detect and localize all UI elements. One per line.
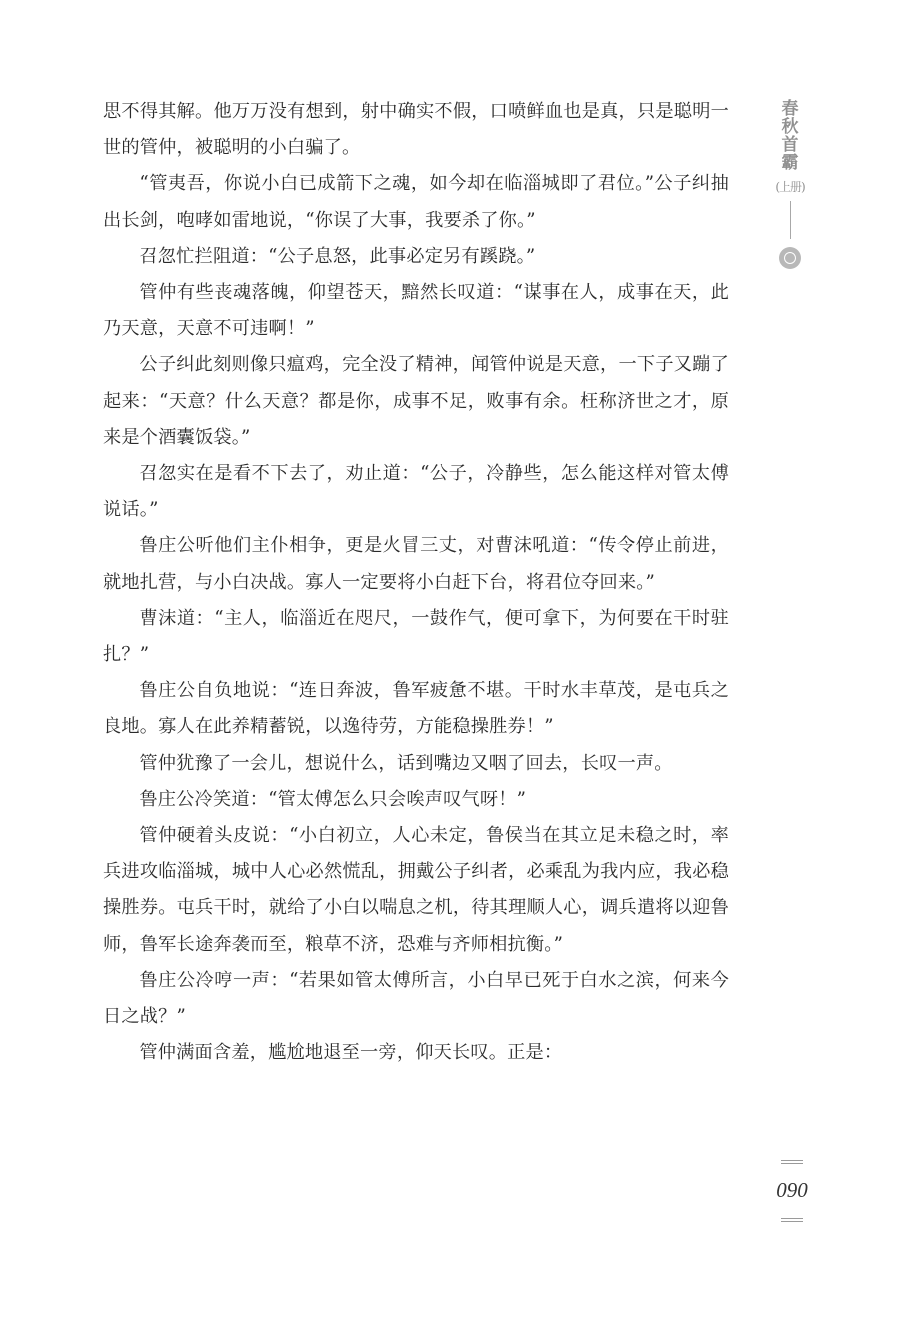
paragraph: 管仲犹豫了一会儿，想说什么，话到嘴边又咽了回去，长叹一声。 [103, 746, 729, 782]
paragraph: 公子纠此刻则像只瘟鸡，完全没了精神，闻管仲说是天意，一下子又蹦了起来：“天意？什… [103, 347, 729, 456]
folio-rule-bottom [781, 1218, 803, 1222]
paragraph: 鲁庄公自负地说：“连日奔波，鲁军疲惫不堪。干时水丰草茂，是屯兵之良地。寡人在此养… [103, 673, 729, 745]
book-title-char: 春 [770, 100, 810, 118]
book-title-char: 霸 [770, 154, 810, 172]
swirl-emblem-icon [779, 247, 801, 269]
paragraph: 管仲有些丧魂落魄，仰望苍天，黯然长叹道：“谋事在人，成事在天，此乃天意，天意不可… [103, 275, 729, 347]
folio: 090 [772, 1160, 812, 1222]
book-title-char: 首 [770, 136, 810, 154]
page-number: 090 [772, 1178, 812, 1202]
volume-label: (上册) [770, 178, 810, 195]
paragraph: 鲁庄公冷笑道：“管太傅怎么只会唉声叹气呀！” [103, 782, 729, 818]
paragraph: “管夷吾，你说小白已成箭下之魂，如今却在临淄城即了君位。”公子纠抽出长剑，咆哮如… [103, 166, 729, 238]
divider [790, 201, 791, 239]
paragraph: 管仲硬着头皮说：“小白初立，人心未定，鲁侯当在其立足未稳之时，率兵进攻临淄城，城… [103, 818, 729, 963]
paragraph: 召忽实在是看不下去了，劝止道：“公子，冷静些，怎么能这样对管太傅说话。” [103, 456, 729, 528]
folio-rule-top [781, 1160, 803, 1164]
paragraph: 管仲满面含羞，尴尬地退至一旁，仰天长叹。正是： [103, 1035, 729, 1071]
paragraph: 召忽忙拦阻道：“公子息怒，此事必定另有蹊跷。” [103, 239, 729, 275]
book-title-char: 秋 [770, 118, 810, 136]
paragraph: 鲁庄公冷哼一声：“若果如管太傅所言，小白早已死于白水之滨，何来今日之战？” [103, 963, 729, 1035]
paragraph: 鲁庄公听他们主仆相争，更是火冒三丈，对曹沫吼道：“传令停止前进，就地扎营，与小白… [103, 528, 729, 600]
page-body: 思不得其解。他万万没有想到，射中确实不假，口喷鲜血也是真，只是聪明一世的管仲，被… [103, 94, 729, 1071]
book-title-sidebar: 春 秋 首 霸 (上册) [770, 100, 810, 269]
paragraph: 曹沫道：“主人，临淄近在咫尺，一鼓作气，便可拿下，为何要在干时驻扎？” [103, 601, 729, 673]
paragraph: 思不得其解。他万万没有想到，射中确实不假，口喷鲜血也是真，只是聪明一世的管仲，被… [103, 94, 729, 166]
